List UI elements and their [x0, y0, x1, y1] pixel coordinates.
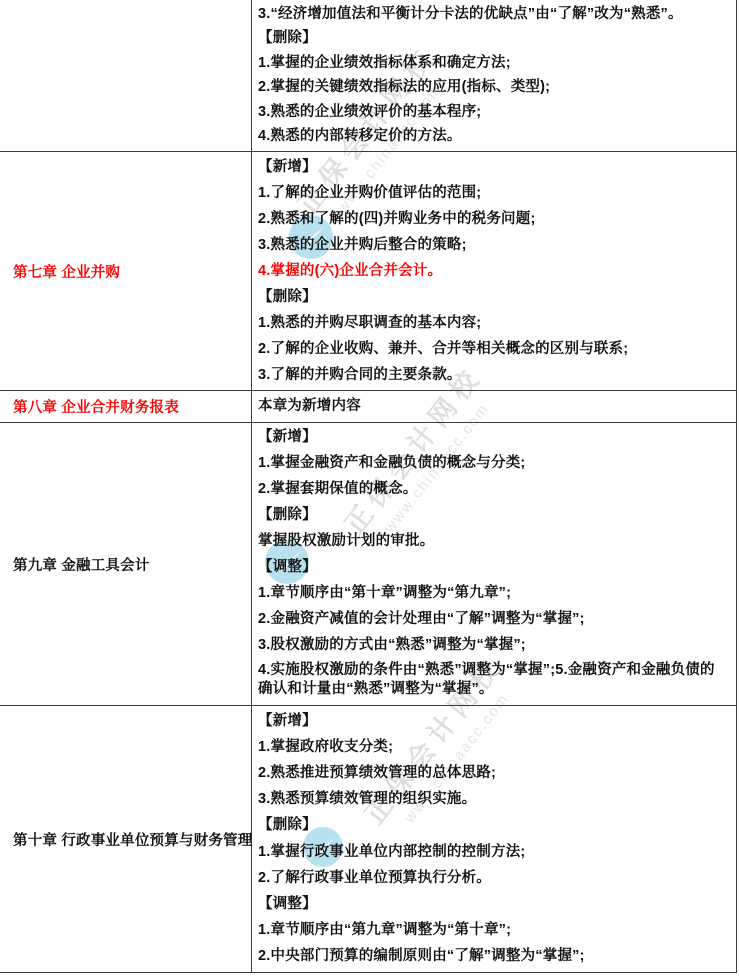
- section-marker: 【新增】: [258, 428, 728, 447]
- change-item: 本章为新增内容: [258, 397, 728, 416]
- section-marker: 【新增】: [258, 158, 728, 177]
- table-row: 3.“经济增加值法和平衡计分卡法的优缺点”由“了解”改为“熟悉”。【删除】1.掌…: [0, 0, 736, 152]
- change-item: 1.熟悉的并购尽职调查的基本内容;: [258, 314, 728, 333]
- chapter-cell: 第七章 企业并购: [0, 152, 252, 390]
- section-marker: 【删除】: [258, 816, 728, 835]
- change-item: 1.掌握政府收支分类;: [258, 738, 728, 757]
- chapter-title: 第八章 企业合并财务报表: [13, 396, 179, 417]
- change-item: 1.章节顺序由“第九章”调整为“第十章”;: [258, 921, 728, 940]
- section-marker: 【删除】: [258, 288, 728, 307]
- table-row: 第九章 金融工具会计【新增】1.掌握金融资产和金融负债的概念与分类;2.掌握套期…: [0, 423, 736, 706]
- change-item: 1.掌握金融资产和金融负债的概念与分类;: [258, 454, 728, 473]
- change-item: 1.了解的企业并购价值评估的范围;: [258, 184, 728, 203]
- chapter-cell: 第八章 企业合并财务报表: [0, 391, 252, 422]
- change-item: 2.了解行政事业单位预算执行分析。: [258, 869, 728, 888]
- change-item: 3.股权激励的方式由“熟悉”调整为“掌握”;: [258, 636, 728, 655]
- change-item: 1.掌握行政事业单位内部控制的控制方法;: [258, 843, 728, 862]
- section-marker: 【调整】: [258, 558, 728, 577]
- table-row: 第八章 企业合并财务报表本章为新增内容: [0, 391, 736, 423]
- change-table: 3.“经济增加值法和平衡计分卡法的优缺点”由“了解”改为“熟悉”。【删除】1.掌…: [0, 0, 737, 973]
- change-item: 3.熟悉预算绩效管理的组织实施。: [258, 790, 728, 809]
- section-marker: 【新增】: [258, 712, 728, 731]
- change-item: 1.掌握的企业绩效指标体系和确定方法;: [258, 54, 728, 73]
- chapter-cell: [0, 0, 252, 151]
- change-item: 4.实施股权激励的条件由“熟悉”调整为“掌握”;5.金融资产和金融负债的确认和计…: [258, 661, 728, 699]
- syllabus-change-page: 正保会计网校 www.chinaacc.com 正保会计网校 www.china…: [0, 0, 739, 979]
- section-marker: 【删除】: [258, 29, 728, 48]
- chapter-cell: 第十章 行政事业单位预算与财务管理: [0, 706, 252, 972]
- change-item: 4.掌握的(六)企业合并会计。: [258, 262, 728, 281]
- table-row: 第十章 行政事业单位预算与财务管理【新增】1.掌握政府收支分类;2.熟悉推进预算…: [0, 706, 736, 973]
- changes-cell: 本章为新增内容: [252, 391, 736, 422]
- change-item: 掌握股权激励计划的审批。: [258, 532, 728, 551]
- change-item: 2.掌握套期保值的概念。: [258, 480, 728, 499]
- chapter-title: 第七章 企业并购: [13, 261, 120, 282]
- chapter-title: 第十章 行政事业单位预算与财务管理: [13, 829, 252, 850]
- change-item: 2.中央部门预算的编制原则由“了解”调整为“掌握”;: [258, 947, 728, 966]
- changes-cell: 【新增】1.掌握政府收支分类;2.熟悉推进预算绩效管理的总体思路;3.熟悉预算绩…: [252, 706, 736, 972]
- change-item: 1.章节顺序由“第十章”调整为“第九章”;: [258, 584, 728, 603]
- change-item: 3.熟悉的企业绩效评价的基本程序;: [258, 103, 728, 122]
- section-marker: 【调整】: [258, 895, 728, 914]
- change-item: 3.了解的并购合同的主要条款。: [258, 366, 728, 385]
- changes-cell: 3.“经济增加值法和平衡计分卡法的优缺点”由“了解”改为“熟悉”。【删除】1.掌…: [252, 0, 736, 151]
- change-item: 3.熟悉的企业并购后整合的策略;: [258, 236, 728, 255]
- change-item: 2.熟悉和了解的(四)并购业务中的税务问题;: [258, 210, 728, 229]
- change-item: 2.了解的企业收购、兼并、合并等相关概念的区别与联系;: [258, 340, 728, 359]
- changes-cell: 【新增】1.了解的企业并购价值评估的范围;2.熟悉和了解的(四)并购业务中的税务…: [252, 152, 736, 390]
- table-row: 第七章 企业并购【新增】1.了解的企业并购价值评估的范围;2.熟悉和了解的(四)…: [0, 152, 736, 391]
- section-marker: 【删除】: [258, 506, 728, 525]
- chapter-cell: 第九章 金融工具会计: [0, 423, 252, 705]
- change-item: 4.熟悉的内部转移定价的方法。: [258, 127, 728, 146]
- change-item: 2.金融资产减值的会计处理由“了解”调整为“掌握”;: [258, 610, 728, 629]
- changes-cell: 【新增】1.掌握金融资产和金融负债的概念与分类;2.掌握套期保值的概念。【删除】…: [252, 423, 736, 705]
- change-item: 2.掌握的关键绩效指标法的应用(指标、类型);: [258, 78, 728, 97]
- change-item: 3.“经济增加值法和平衡计分卡法的优缺点”由“了解”改为“熟悉”。: [258, 5, 728, 24]
- chapter-title: 第九章 金融工具会计: [13, 554, 150, 575]
- change-item: 2.熟悉推进预算绩效管理的总体思路;: [258, 764, 728, 783]
